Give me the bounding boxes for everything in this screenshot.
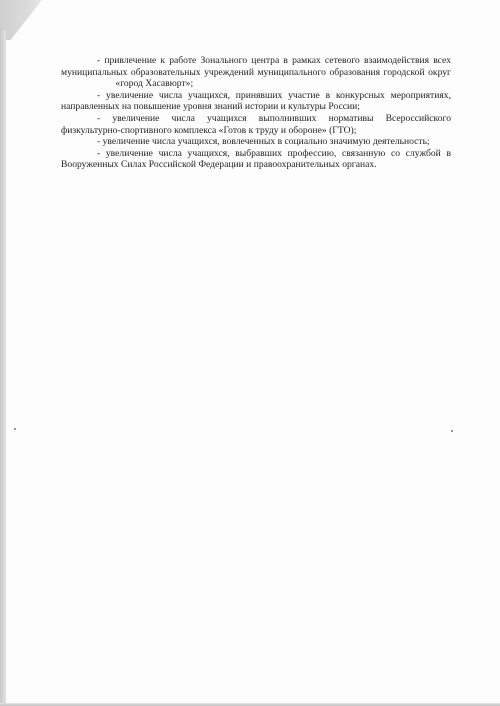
list-item: - увеличение числа учащихся выполнивших … (61, 113, 451, 136)
scan-shadow-corner (0, 0, 42, 40)
document-body: - привлечение к работе Зонального центра… (61, 55, 451, 171)
scan-speck (14, 428, 16, 430)
list-item-text: - увеличение числа учащихся, выбравших п… (61, 148, 451, 171)
scan-shadow-left-edge (0, 30, 6, 706)
list-item: - увеличение числа учащихся, выбравших п… (61, 148, 451, 171)
list-item: - привлечение к работе Зонального центра… (61, 55, 451, 90)
list-item-text: - увеличение числа учащихся, принявших у… (61, 90, 451, 113)
list-item-tail: «город Хасавюрт»; (115, 78, 193, 89)
scanned-page: - привлечение к работе Зонального центра… (0, 0, 500, 706)
list-item-text: - увеличение числа учащихся, вовлеченных… (97, 136, 430, 147)
list-item-text: - увеличение числа учащихся выполнивших … (61, 113, 451, 136)
list-item: - увеличение числа учащихся, принявших у… (61, 90, 451, 113)
scan-speck (451, 430, 453, 432)
list-item-text: - привлечение к работе Зонального центра… (61, 55, 451, 78)
list-item: - увеличение числа учащихся, вовлеченных… (61, 136, 451, 148)
